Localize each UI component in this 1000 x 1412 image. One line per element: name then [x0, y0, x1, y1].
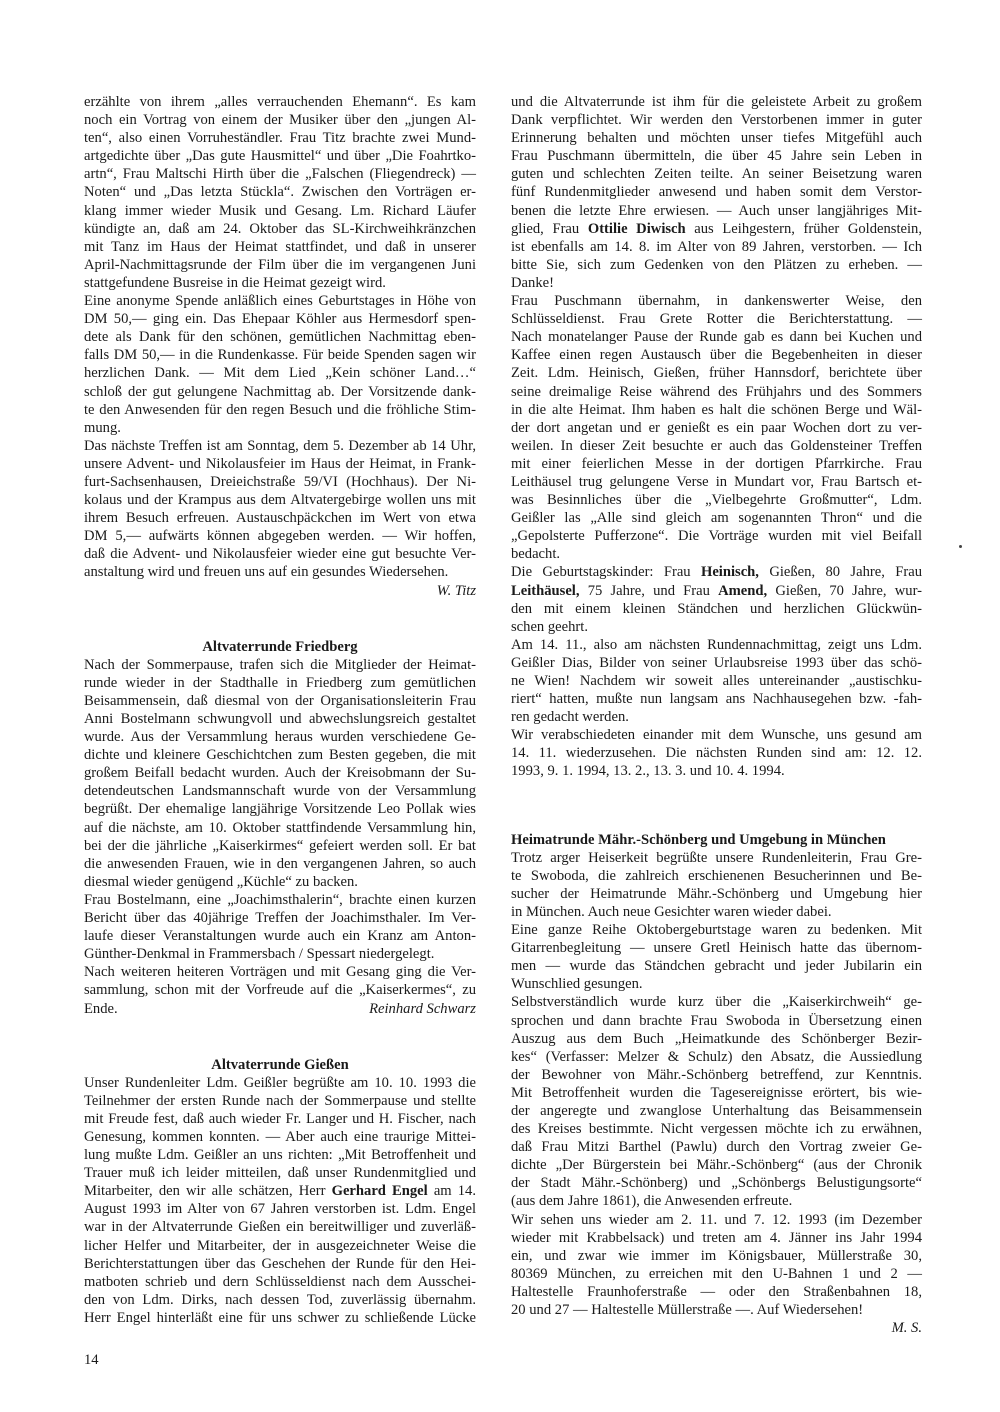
- left-column: erzählte von ihrem „alles verrauchenden …: [84, 93, 476, 1327]
- text-line: Nach der Sommerpause, trafen sich die Mi…: [84, 656, 476, 674]
- text-line: Wir sehen uns wieder am 2. 11. und 7. 12…: [511, 1211, 922, 1229]
- text-line: Zeit. Ldm. Heinisch, Gießen, früher Hann…: [511, 364, 922, 382]
- paragraph: den mit einem kleinen Ständchen und herz…: [511, 600, 922, 636]
- text-line: glied, Frau Ottilie Diwisch aus Leihgest…: [511, 220, 922, 238]
- text-line: matboten schrieb und dern Schlüsseldiens…: [84, 1273, 476, 1291]
- paragraph: Unser Rundenleiter Ldm. Geißler begrüßte…: [84, 1074, 476, 1183]
- text-line: April-Nachmittagsrunde der Film über die…: [84, 256, 476, 274]
- text-line: Geißler Dias, Bilder von seiner Urlaubsr…: [511, 654, 922, 672]
- text-line: Eine anonyme Spende anläßlich eines Gebu…: [84, 292, 476, 310]
- text-line: Bericht über das 40jährige Treffen der J…: [84, 909, 476, 927]
- paragraph: Nach der Sommerpause, trafen sich die Mi…: [84, 656, 476, 891]
- text-line: furt-Sachsenhausen, Dreieichstraße 59/VI…: [84, 473, 476, 491]
- text-line: Eine ganze Reihe Oktobergeburtstage ware…: [511, 921, 922, 939]
- text-line: Genesung, kommen konnten. — Aber auch ei…: [84, 1128, 476, 1146]
- text-line: Teilnehmer der ersten Runde nach der Som…: [84, 1092, 476, 1110]
- paragraph: Wir verabschiedeten einander mit dem Wun…: [511, 726, 922, 780]
- text-line: erzählte von ihrem „alles verrauchenden …: [84, 93, 476, 111]
- paragraph: Eine ganze Reihe Oktobergeburtstage ware…: [511, 921, 922, 993]
- text-run: 75 Jahre, und Frau: [580, 583, 719, 599]
- text-line: kündigte an, daß am 24. Oktober das SL-K…: [84, 220, 476, 238]
- text-line: Anni Bostelmann schwungvoll und abwechsl…: [84, 710, 476, 728]
- spacer: [511, 781, 922, 831]
- text-line: Nach monatelanger Pause der Runde gab es…: [511, 328, 922, 346]
- text-line: ihrem Besuch erfreuen. Austauschpäckchen…: [84, 509, 476, 527]
- last-line-text: Ende.: [84, 1000, 118, 1018]
- text-line: Erinnerung behalten und möchten unser ti…: [511, 129, 922, 147]
- text-line: Trotz arger Heiserkeit begrüßte unsere R…: [511, 849, 922, 867]
- section-giessen-continued: und die Altvaterrunde ist ihm für die ge…: [511, 93, 922, 781]
- text-line: Kaffee einen regen Austausch über die Be…: [511, 346, 922, 364]
- bold-name: Heinisch,: [701, 564, 759, 580]
- scan-speck: [959, 545, 962, 548]
- text-line: August 1993 im Alter von 67 Jahren verst…: [84, 1200, 476, 1218]
- text-line: den mit einem kleinen Ständchen und herz…: [511, 600, 922, 618]
- text-line: in die alte Heimat. Ihm haben es halt di…: [511, 401, 922, 419]
- text-line: detendeutschen Landsmannschaft wurde von…: [84, 782, 476, 800]
- text-line: bedacht.: [511, 545, 922, 563]
- paragraph: erzählte von ihrem „alles verrauchenden …: [84, 93, 476, 292]
- text-run: am 14.: [428, 1183, 476, 1199]
- text-line: artgedichte über „Das gute Hausmittel“ u…: [84, 147, 476, 165]
- signature: M. S.: [511, 1319, 922, 1337]
- text-line: schen geehrt.: [511, 618, 922, 636]
- paragraph: Wir sehen uns wieder am 2. 11. und 7. 12…: [511, 1211, 922, 1320]
- paragraph: Frau Puschmann übernahm, in dankenswerte…: [511, 292, 922, 563]
- text-line: Gitarrenbegleitung — unsere Gretl Heinis…: [511, 939, 922, 957]
- text-line: Geißler las „Alle sind gleich am sogenan…: [511, 509, 922, 527]
- text-line: ten“, also einen Vorruheständler. Frau T…: [84, 129, 476, 147]
- text-line: begrüßt. Der ehemalige langjährige Vorsi…: [84, 800, 476, 818]
- text-line: licher Helfer und Mitarbeiter, der in au…: [84, 1237, 476, 1255]
- text-line: ne Wien! Nachdem wir soweit alles untere…: [511, 672, 922, 690]
- text-line: auf die nächste, am 10. Oktober stattfin…: [84, 819, 476, 837]
- birthday-paragraph: Die Geburtstagskinder: Frau Heinisch, Gi…: [511, 563, 922, 635]
- text-line: Trauer muß ich leider mitteilen, daß uns…: [84, 1164, 476, 1182]
- section-giessen: Altvaterrunde Gießen Unser Rundenleiter …: [84, 1056, 476, 1327]
- text-line: Haltestelle Fraunhoferstraße — oder den …: [511, 1283, 922, 1301]
- text-line: klang immer wieder Musik und Gesang. Lm.…: [84, 202, 476, 220]
- text-line: Günther-Denkmal in Frammersbach / Spessa…: [84, 945, 476, 963]
- text-run: Die Geburtstagskinder: Frau: [511, 564, 701, 580]
- text-run: Gießen, 70 Jahre, wur-: [767, 583, 922, 599]
- signature: W. Titz: [84, 582, 476, 600]
- text-line: 20 und 27 — Haltestelle Müllerstraße —. …: [511, 1301, 922, 1319]
- text-line: stattgefundene Busreise in die Heimat ge…: [84, 274, 476, 292]
- text-line: Beisammensein, daß diesmal von der Organ…: [84, 692, 476, 710]
- text-line: was Besinnliches über die „Vielbegehrte …: [511, 491, 922, 509]
- text-line: Danke!: [511, 274, 922, 292]
- text-line: daß Frau Mitzi Barthel (Pawlu) durch den…: [511, 1138, 922, 1156]
- text-run: glied, Frau: [511, 221, 588, 237]
- paragraph: und die Altvaterrunde ist ihm für die ge…: [511, 93, 922, 220]
- text-line: diesmal wieder genügend „Küchle“ zu back…: [84, 873, 476, 891]
- text-line: sprochen und dann brachte Frau Swoboda i…: [511, 1012, 922, 1030]
- text-line: bei der die jährliche „Kaiserkirmes“ gef…: [84, 837, 476, 855]
- text-line: wurde. Aus der Versammlung heraus wurden…: [84, 728, 476, 746]
- text-line: Leithäusel trug gelungene Verse in Munda…: [511, 473, 922, 491]
- text-line: Herr Engel hinterläßt eine für uns schwe…: [84, 1309, 476, 1327]
- section-intro: erzählte von ihrem „alles verrauchenden …: [84, 93, 476, 600]
- text-line: großem Beifall bedacht wurden. Auch der …: [84, 764, 476, 782]
- text-line: Mitarbeiter, den wir alle schätzen, Herr…: [84, 1182, 476, 1200]
- text-line: seine dreimalige Reise während des Frühj…: [511, 383, 922, 401]
- text-line: sammlung, schon mit der Vorfreude auf di…: [84, 981, 476, 999]
- text-line: Am 14. 11., also am nächsten Rundennachm…: [511, 636, 922, 654]
- closing-line: Ende. Reinhard Schwarz: [84, 1000, 476, 1018]
- text-line: der angeregte und zwanglose Unterhaltung…: [511, 1102, 922, 1120]
- text-line: runde wieder in der Stadthalle in Friedb…: [84, 674, 476, 692]
- paragraph: Trotz arger Heiserkeit begrüßte unsere R…: [511, 849, 922, 921]
- text-line: Dank verpflichtet. Wir werden den Versto…: [511, 111, 922, 129]
- text-line: Frau Puschmann übermitteln, die über 45 …: [511, 147, 922, 165]
- text-line: lung mußte Ldm. Geißler an uns richten: …: [84, 1146, 476, 1164]
- text-line: Leithäusel, 75 Jahre, und Frau Amend, Gi…: [511, 582, 922, 600]
- paragraph: August 1993 im Alter von 67 Jahren verst…: [84, 1200, 476, 1327]
- text-line: Unser Rundenleiter Ldm. Geißler begrüßte…: [84, 1074, 476, 1092]
- text-line: 1993, 9. 1. 1994, 13. 2., 13. 3. und 10.…: [511, 762, 922, 780]
- paragraph: Nach weiteren heiteren Vorträgen und mit…: [84, 963, 476, 999]
- text-line: 80369 München, zu erreichen mit den U-Ba…: [511, 1265, 922, 1283]
- text-line: Nach weiteren heiteren Vorträgen und mit…: [84, 963, 476, 981]
- text-line: wieder mit Krabbelsack) und treten am 4.…: [511, 1229, 922, 1247]
- text-run: Mitarbeiter, den wir alle schätzen, Herr: [84, 1183, 332, 1199]
- text-line: (aus dem Jahre 1861), die Anwesenden erf…: [511, 1192, 922, 1210]
- paragraph: Eine anonyme Spende anläßlich eines Gebu…: [84, 292, 476, 437]
- section-friedberg: Altvaterrunde Friedberg Nach der Sommerp…: [84, 638, 476, 1018]
- text-line: fünf Rundenmitglieder anwesend und haben…: [511, 183, 922, 201]
- bold-name: Ottilie Diwisch: [588, 221, 686, 237]
- text-line: der Bewohner von Mähr.-Schönberg betreff…: [511, 1066, 922, 1084]
- section-heading: Altvaterrunde Friedberg: [84, 638, 476, 656]
- text-line: falls DM 50,— in die Rundenkasse. Für be…: [84, 346, 476, 364]
- text-line: dichte und kleinere Geschichtchen zum Be…: [84, 746, 476, 764]
- text-line: die anwesenden Frauen, wie in den vergan…: [84, 855, 476, 873]
- text-line: Das nächste Treffen ist am Sonntag, dem …: [84, 437, 476, 455]
- paragraph: Am 14. 11., also am nächsten Rundennachm…: [511, 636, 922, 726]
- signature: Reinhard Schwarz: [369, 1000, 476, 1018]
- paragraph: Frau Bostelmann, eine „Joachimsthalerin“…: [84, 891, 476, 963]
- text-line: den von Ldm. Dirks, nach dessen Tod, zuv…: [84, 1291, 476, 1309]
- spacer: [84, 1018, 476, 1056]
- text-run: aus Leihgestern, früher Goldenstein,: [686, 221, 922, 237]
- text-line: te Swoboda, die zahlreich erschienenen B…: [511, 867, 922, 885]
- text-line: weilen. In dieser Zeit besuchte er auch …: [511, 437, 922, 455]
- text-line: Noten“ und „Das letzta Stückla“. Zwische…: [84, 183, 476, 201]
- text-line: „Gepolsterte Pufferzone“. Die Vorträge w…: [511, 527, 922, 545]
- text-line: ren gedacht werden.: [511, 708, 922, 726]
- text-line: dichte „Der Bürgerstein bei Mähr.-Schönb…: [511, 1156, 922, 1174]
- text-line: te den Anwesenden für den regen Besuch u…: [84, 401, 476, 419]
- paragraph: ist ebenfalls am 14. 8. im Alter von 89 …: [511, 238, 922, 292]
- bold-name: Amend,: [718, 583, 767, 599]
- text-line: war in der Altvaterrunde Gießen ein bere…: [84, 1218, 476, 1236]
- text-line: Mit Betroffenheit wurden die Tagesereign…: [511, 1084, 922, 1102]
- text-line: dete als Dank für den schönen, gemütlich…: [84, 328, 476, 346]
- text-line: Die Geburtstagskinder: Frau Heinisch, Gi…: [511, 563, 922, 581]
- text-line: men — wurde das Ständchen gebracht und j…: [511, 957, 922, 975]
- text-line: Wunschlied gesungen.: [511, 975, 922, 993]
- text-line: DM 50,— ging ein. Das Ehepaar Köhler aus…: [84, 310, 476, 328]
- text-line: der Stadt Mähr.-Schönberg) und „Schönber…: [511, 1174, 922, 1192]
- text-line: benen die letzte Ehre erwiesen. — Auch u…: [511, 202, 922, 220]
- text-line: herzlichen Dank. — Mit dem Lied „Kein sc…: [84, 364, 476, 382]
- section-heading: Heimatrunde Mähr.-Schönberg und Umgebung…: [511, 831, 922, 849]
- text-line: guten und schlechten Zeiten teilte. An s…: [511, 165, 922, 183]
- text-line: der dort angetan und er genießt es ein p…: [511, 419, 922, 437]
- text-line: noch ein Vortrag von einem der Musiker ü…: [84, 111, 476, 129]
- section-muenchen: Heimatrunde Mähr.-Schönberg und Umgebung…: [511, 831, 922, 1338]
- text-line: mit Freude fest, daß auch wieder Fr. Lan…: [84, 1110, 476, 1128]
- paragraph: Das nächste Treffen ist am Sonntag, dem …: [84, 437, 476, 582]
- bold-name: Gerhard Engel: [332, 1183, 428, 1199]
- text-line: Wir verabschiedeten einander mit dem Wun…: [511, 726, 922, 744]
- text-line: anstaltung wird und freuen uns auf ein g…: [84, 563, 476, 581]
- text-line: mit Tanz im Haus der Heimat stattfindet,…: [84, 238, 476, 256]
- text-line: und die Altvaterrunde ist ihm für die ge…: [511, 93, 922, 111]
- text-line: daß die Advent- und Nikolausfeier wieder…: [84, 545, 476, 563]
- text-line: 14. 11. wiederzusehen. Die nächsten Rund…: [511, 744, 922, 762]
- spacer: [84, 600, 476, 638]
- text-line: Frau Bostelmann, eine „Joachimsthalerin“…: [84, 891, 476, 909]
- text-line: sucher der Heimatrunde Mähr.-Schönberg u…: [511, 885, 922, 903]
- text-line: Schlüsseldienst. Frau Grete Rotter die B…: [511, 310, 922, 328]
- text-line: Auszug aus dem Buch „Heimatkunde des Sch…: [511, 1030, 922, 1048]
- text-line: schloß der gut gelungene Nachmittag ab. …: [84, 383, 476, 401]
- text-line: des Kreises bestimmte. Nicht vergessen m…: [511, 1120, 922, 1138]
- text-line: mung.: [84, 419, 476, 437]
- text-line: unsere Advent- und Nikolausfeier im Haus…: [84, 455, 476, 473]
- text-line: ein, und zwar wie immer im Königsbauer, …: [511, 1247, 922, 1265]
- text-line: ist ebenfalls am 14. 8. im Alter von 89 …: [511, 238, 922, 256]
- section-heading: Altvaterrunde Gießen: [84, 1056, 476, 1074]
- text-line: Frau Puschmann übernahm, in dankenswerte…: [511, 292, 922, 310]
- text-line: DM 5,— aufwärts können abgegeben werden.…: [84, 527, 476, 545]
- text-line: kes“ (Verfasser: Melzer & Schulz) den Ab…: [511, 1048, 922, 1066]
- bold-name: Leithäusel,: [511, 583, 580, 599]
- text-run: Gießen, 80 Jahre, Frau: [759, 564, 922, 580]
- text-line: in München. Auch neue Gesichter waren wi…: [511, 903, 922, 921]
- text-line: laufe dieser Veranstaltungen wurde auch …: [84, 927, 476, 945]
- text-line: Selbstverständlich wurde kurz über die „…: [511, 993, 922, 1011]
- right-column: und die Altvaterrunde ist ihm für die ge…: [511, 93, 922, 1337]
- text-line: artn“, Frau Maltschi Hirth über die „Fal…: [84, 165, 476, 183]
- text-line: Berichterstattungen über das Geschehen d…: [84, 1255, 476, 1273]
- text-line: bitte Sie, sich zum Gedenken von den Plä…: [511, 256, 922, 274]
- page-number: 14: [84, 1352, 99, 1369]
- text-line: riert“ hatten, mußte nun langsam ans Nac…: [511, 690, 922, 708]
- paragraph: Selbstverständlich wurde kurz über die „…: [511, 993, 922, 1210]
- text-line: kolaus und der Krampus aus dem Altvaterg…: [84, 491, 476, 509]
- text-line: mit einer feierlichen Messe in der dorti…: [511, 455, 922, 473]
